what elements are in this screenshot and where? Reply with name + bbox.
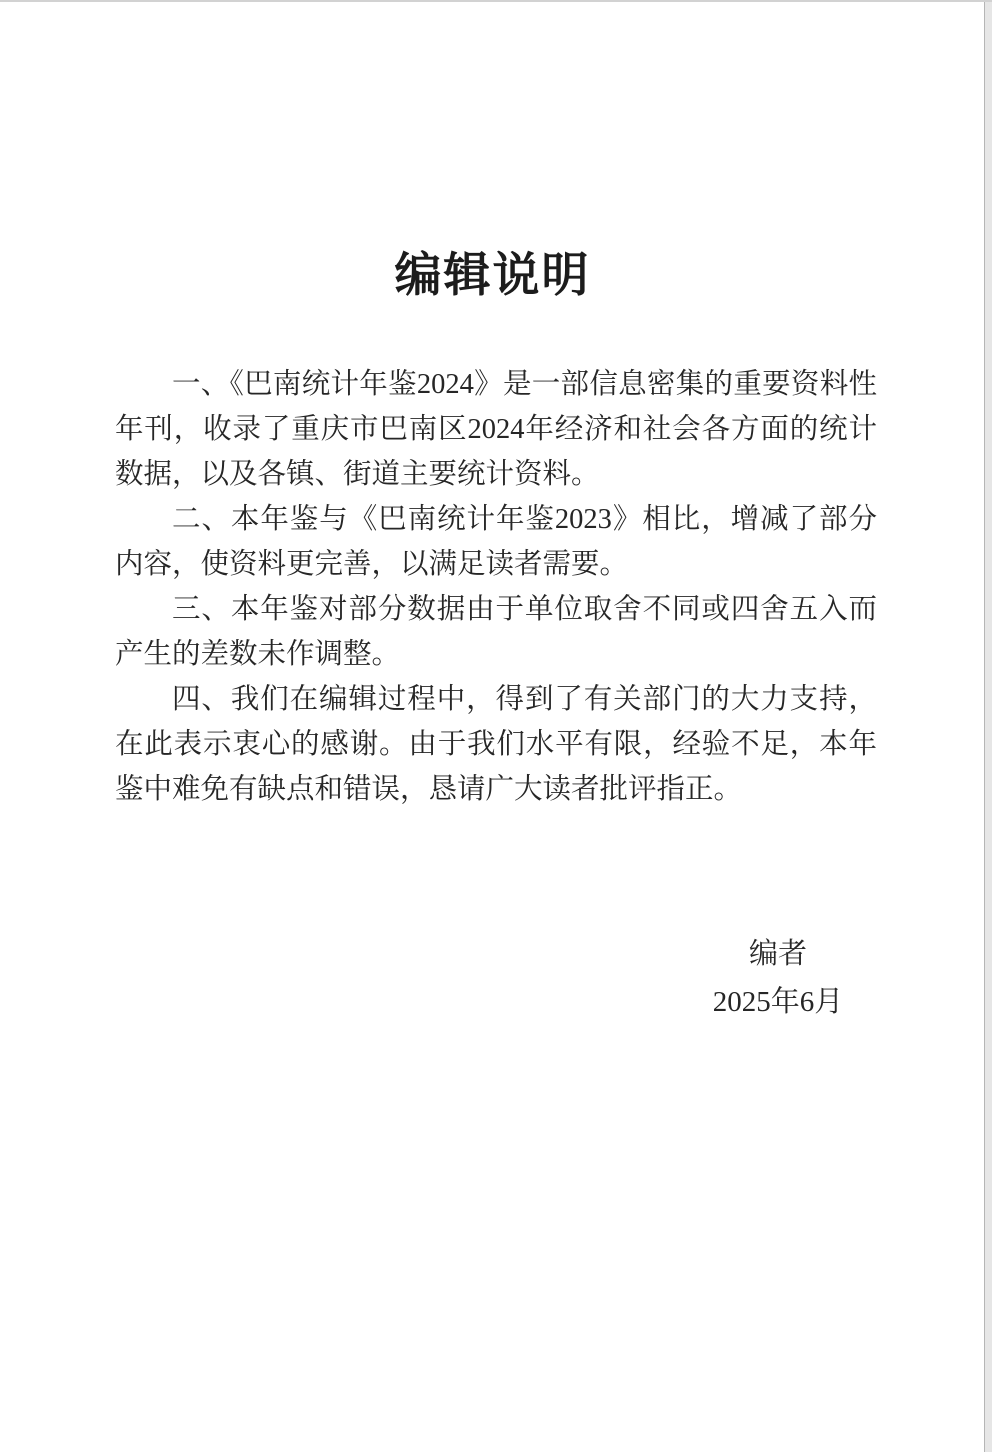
signature-author: 编者 <box>653 930 903 978</box>
document-page: 编辑说明 一、《巴南统计年鉴2024》是一部信息密集的重要资料性年刊，收录了重庆… <box>0 2 985 1452</box>
body-text: 一、《巴南统计年鉴2024》是一部信息密集的重要资料性年刊，收录了重庆市巴南区2… <box>115 362 877 812</box>
page-title: 编辑说明 <box>0 238 985 305</box>
paragraph-3: 三、本年鉴对部分数据由于单位取舍不同或四舍五入而产生的差数未作调整。 <box>115 587 877 677</box>
paragraph-1: 一、《巴南统计年鉴2024》是一部信息密集的重要资料性年刊，收录了重庆市巴南区2… <box>115 362 877 497</box>
paragraph-2: 二、本年鉴与《巴南统计年鉴2023》相比，增减了部分内容，使资料更完善，以满足读… <box>115 497 877 587</box>
signature-date: 2025年6月 <box>653 978 903 1026</box>
signature-block: 编者 2025年6月 <box>653 930 903 1026</box>
paragraph-4: 四、我们在编辑过程中，得到了有关部门的大力支持，在此表示衷心的感谢。由于我们水平… <box>115 677 877 812</box>
